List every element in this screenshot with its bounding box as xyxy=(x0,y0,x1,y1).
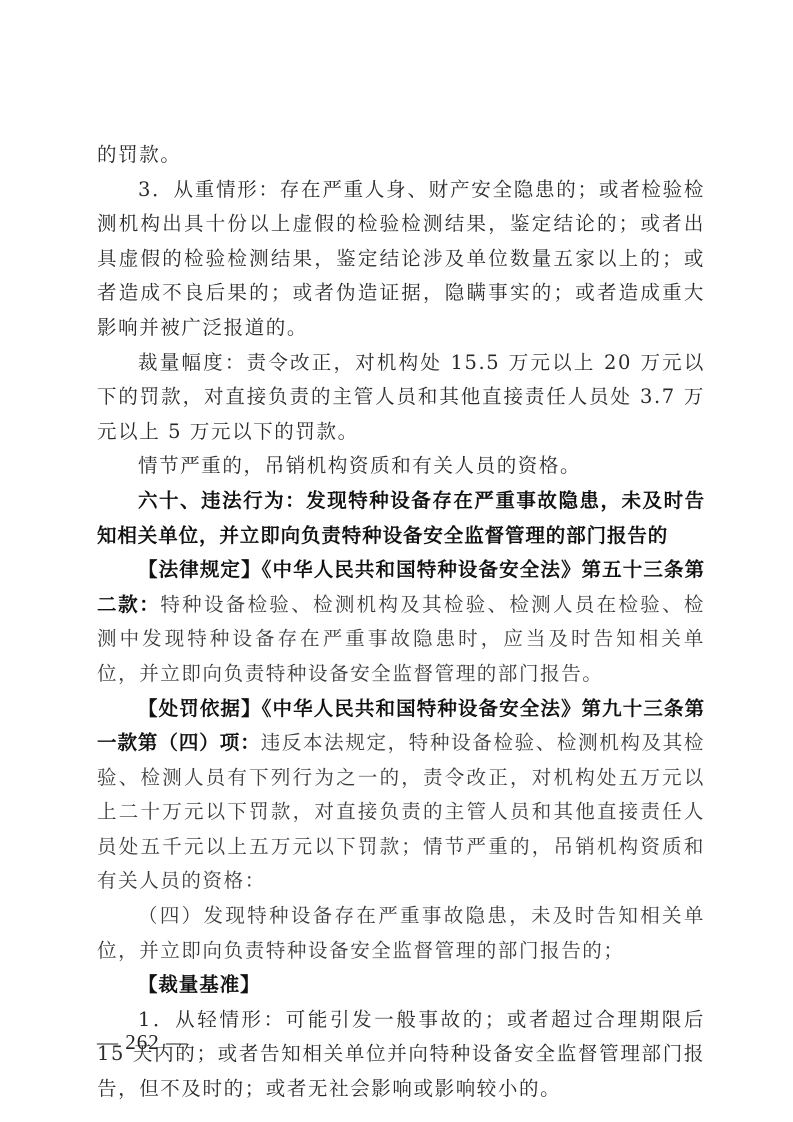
document-page: 的罚款。 3．从重情形：存在严重人身、财产安全隐患的；或者检验检测机构出具十份以… xyxy=(97,138,705,1107)
paragraph-serious-circumstances: 情节严重的，吊销机构资质和有关人员的资格。 xyxy=(97,449,705,484)
section-heading-60: 六十、违法行为：发现特种设备存在严重事故隐患，未及时告知相关单位，并立即向负责特… xyxy=(97,484,705,553)
page-number: — 262 — xyxy=(97,1030,188,1055)
legal-provision-text: 特种设备检验、检测机构及其检验、检测人员在检验、检测中发现特种设备存在严重事故隐… xyxy=(97,593,705,685)
paragraph-continuation: 的罚款。 xyxy=(97,138,705,173)
paragraph-aggravating-circumstances: 3．从重情形：存在严重人身、财产安全隐患的；或者检验检测机构出具十份以上虚假的检… xyxy=(97,173,705,346)
paragraph-legal-provision: 【法律规定】《中华人民共和国特种设备安全法》第五十三条第二款：特种设备检验、检测… xyxy=(97,553,705,691)
paragraph-mitigating-circumstances: 1．从轻情形：可能引发一般事故的；或者超过合理期限后 15 天内的；或者告知相关… xyxy=(97,1003,705,1107)
paragraph-penalty-basis: 【处罚依据】《中华人民共和国特种设备安全法》第九十三条第一款第（四）项：违反本法… xyxy=(97,692,705,900)
discretion-standard-heading: 【裁量基准】 xyxy=(97,968,705,1003)
paragraph-item-four: （四）发现特种设备存在严重事故隐患，未及时告知相关单位，并立即向负责特种设备安全… xyxy=(97,899,705,968)
paragraph-penalty-range: 裁量幅度：责令改正，对机构处 15.5 万元以上 20 万元以下的罚款，对直接负… xyxy=(97,346,705,450)
penalty-basis-text: 违反本法规定，特种设备检验、检测机构及其检验、检测人员有下列行为之一的，责令改正… xyxy=(97,731,705,892)
